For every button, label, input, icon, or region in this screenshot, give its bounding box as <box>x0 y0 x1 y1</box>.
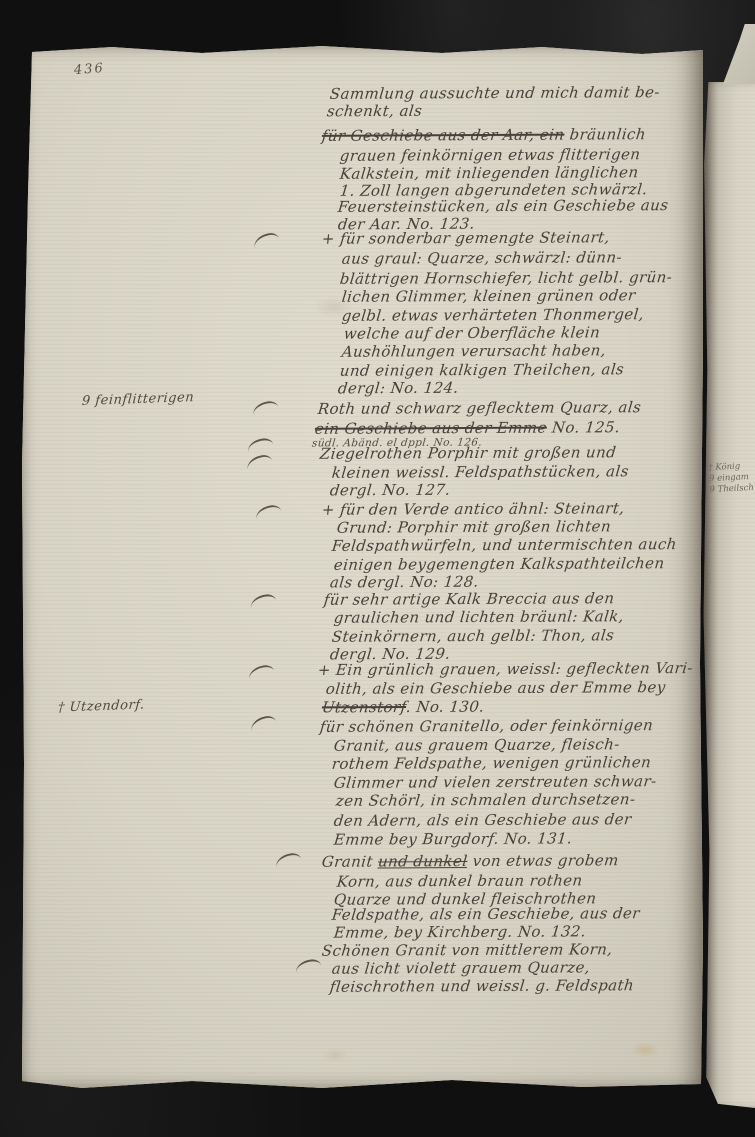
handwritten-line: Steinkörnern, auch gelbl: Thon, als <box>331 626 615 645</box>
handwritten-line: + für sonderbar gemengte Steinart, <box>321 228 611 248</box>
line-text: No. 125. <box>546 418 621 436</box>
check-dash-mark <box>274 851 302 867</box>
handwritten-line: + für den Verde antico ähnl: Steinart, <box>321 499 625 519</box>
handwritten-line: welche auf der Oberfläche klein <box>343 323 601 342</box>
handwritten-line: blättrigen Hornschiefer, licht gelbl. gr… <box>339 268 673 288</box>
paper-stain <box>630 1042 660 1058</box>
handwritten-line: den Adern, als ein Geschiebe aus der <box>333 810 633 830</box>
paper-stain <box>322 1048 348 1062</box>
handwritten-line: Sammlung aussuchte und mich damit be- <box>329 83 661 103</box>
margin-note-feinflitterigen: 9 feinflitterigen <box>81 390 194 409</box>
manuscript-page: 436 9 feinflitterigen † Utzendorf. Samml… <box>22 44 703 1090</box>
handwritten-line: aus graul: Quarze, schwärzl: dünn- <box>341 248 623 267</box>
margin-note-utzendorf: † Utzendorf. <box>57 697 145 715</box>
next-page-margin-notes: † König 9 eingam 9 Theilsch <box>708 461 754 496</box>
page-number: 436 <box>74 61 106 78</box>
handwritten-line: Glimmer und vielen zerstreuten schwar- <box>333 772 657 792</box>
handwritten-line: und einigen kalkigen Theilchen, als <box>339 360 625 379</box>
handwritten-line-struck: Utzenstorf. No. 130. <box>321 698 485 717</box>
handwritten-line: Roth und schwarz geflecktem Quarz, als <box>317 398 642 418</box>
handwritten-line: als dergl. No: 128. <box>329 573 480 592</box>
struck-underlined-text: und dunkel <box>377 852 468 870</box>
next-page-sliver: † König 9 eingam 9 Theilsch <box>702 82 755 1108</box>
check-dash-mark <box>294 958 322 973</box>
struck-text: Utzenstorf <box>321 698 407 716</box>
check-dash-mark <box>247 663 275 679</box>
handwritten-line: dergl: No. 124. <box>337 379 460 398</box>
handwritten-line: aus licht violett grauem Quarze, <box>331 958 591 977</box>
check-dash-mark <box>252 231 280 248</box>
handwritten-line: Emme, bey Kirchberg. No. 132. <box>333 922 587 941</box>
handwritten-line: einigen beygemengten Kalkspathteilchen <box>333 554 665 574</box>
next-page-note: 9 Theilsch <box>709 483 754 496</box>
handwritten-line: rothem Feldspathe, wenigen grünlichen <box>331 753 652 773</box>
line-text: . No. 130. <box>405 698 485 716</box>
handwritten-line: + Ein grünlich grauen, weissl: gefleckte… <box>317 659 694 679</box>
handwritten-line: Korn, aus dunkel braun rothen <box>336 871 583 890</box>
handwritten-line: Schönen Granit von mittlerem Korn, <box>321 940 613 960</box>
handwritten-line: Feldspathwürfeln, und untermischten auch <box>331 535 678 555</box>
handwritten-line: schenkt, als <box>326 102 423 120</box>
check-dash-mark <box>245 453 273 470</box>
handwritten-line: kleinen weissl. Feldspathstücken, als <box>331 462 630 482</box>
check-dash-mark <box>246 437 274 452</box>
handwritten-line: Granit, aus grauem Quarze, fleisch- <box>333 735 621 754</box>
handwritten-line: Feuersteinstücken, als ein Geschiebe aus <box>337 196 669 216</box>
check-dash-mark <box>254 503 282 519</box>
handwritten-line: für sehr artige Kalk Breccia aus den <box>323 589 615 609</box>
handwritten-line: dergl. No. 127. <box>329 481 451 500</box>
handwritten-line: fleischrothen und weissl. g. Feldspath <box>329 976 635 996</box>
handwritten-line: gelbl. etwas verhärteten Thonmergel, <box>341 305 645 325</box>
next-page-corner <box>723 24 755 84</box>
handwritten-line: für schönen Granitello, oder feinkörnige… <box>319 716 654 736</box>
handwritten-line: Emme bey Burgdorf. No. 131. <box>333 829 573 848</box>
struck-text: für Geschiebe aus der Aar, ein <box>321 126 565 145</box>
handwritten-line: grauen feinkörnigen etwas flitterigen <box>339 145 641 165</box>
check-dash-mark <box>251 399 279 415</box>
handwritten-line: Aushöhlungen verursacht haben, <box>341 341 607 360</box>
handwritten-line: zen Schörl, in schmalen durchsetzen- <box>335 790 636 810</box>
handwritten-line: Feldspathe, als ein Geschiebe, aus der <box>331 904 641 924</box>
handwritten-line: Grund: Porphir mit großen lichten <box>336 517 612 536</box>
line-text: bräunlich <box>564 125 647 143</box>
handwritten-line: olith, als ein Geschiebe aus der Emme be… <box>325 678 667 698</box>
handwritten-line: Ziegelrothen Porphir mit großen und <box>319 443 617 463</box>
line-text: von etwas grobem <box>467 851 620 870</box>
handwritten-line-struck: Granit und dunkel von etwas grobem <box>321 851 620 871</box>
line-text: Granit <box>321 852 379 870</box>
book-scan-background: 436 9 feinflitterigen † Utzendorf. Samml… <box>0 0 755 1137</box>
check-dash-mark <box>249 714 277 731</box>
handwritten-line: graulichen und lichten bräunl: Kalk, <box>333 607 625 627</box>
handwritten-line-struck: für Geschiebe aus der Aar, ein bräunlich <box>321 125 647 145</box>
handwritten-line: lichen Glimmer, kleinen grünen oder <box>341 286 636 306</box>
check-dash-mark <box>249 593 277 608</box>
